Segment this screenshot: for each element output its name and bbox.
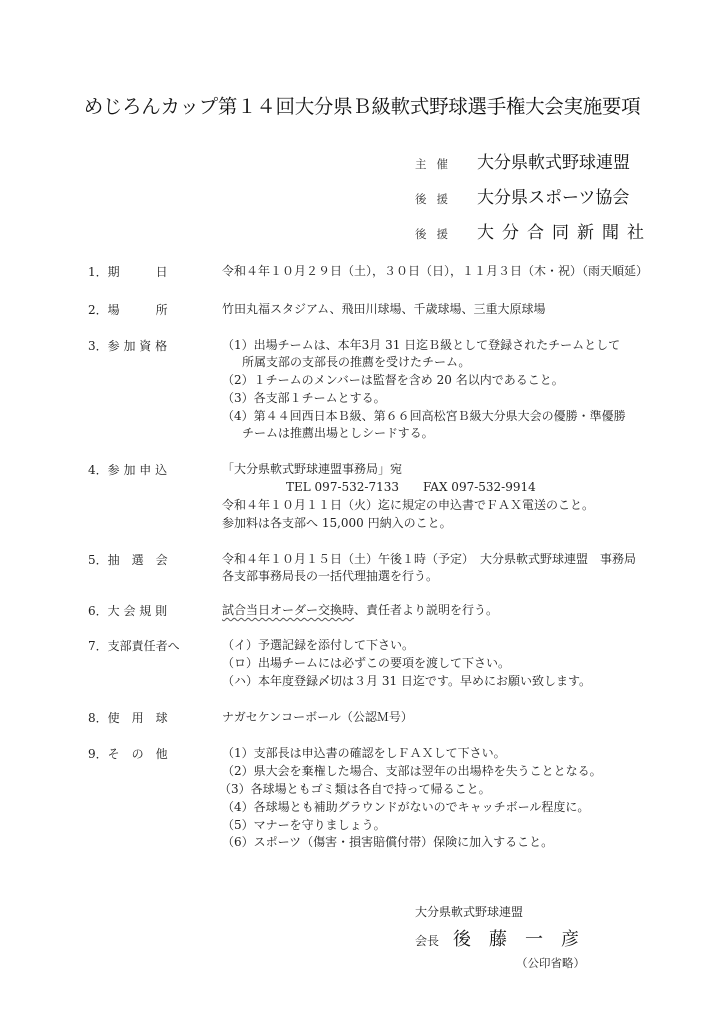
section-line: （ハ）本年度登録〆切は３月 31 日迄です。早めにお願い致します。 (222, 673, 591, 690)
section-label-other: 9．そ の 他 (88, 745, 168, 762)
section-line: 各支部事務局長の一括代理抽選を行う。 (222, 568, 438, 585)
section-line: （ロ）出場チームには必ずこの要項を渡して下さい。 (222, 655, 510, 672)
section-label-branch-notes: 7．支部責任者へ (88, 637, 180, 654)
sponsor-role: 後援 (415, 226, 477, 242)
section-line: 令和４年１０月１１日（火）迄に規定の申込書でＦＡＸ電送のこと。 (222, 497, 594, 514)
section-line: 令和４年１０月２９日（土），３０日（日），１１月３日（木・祝）（雨天順延） (222, 263, 648, 280)
document-page: めじろんカップ第１４回大分県Ｂ級軟式野球選手権大会実施要項 主催 大分県軟式野球… (0, 0, 724, 1024)
section-line: 試合当日オーダー交換時、責任者より説明を行う。 (222, 602, 498, 619)
section-label-dates: 1．期 日 (88, 263, 168, 280)
signature-title: 会長 (415, 932, 439, 949)
contact-phone-fax: TEL 097-532-7133 FAX 097-532-9914 (286, 479, 536, 496)
section-text: 、責任者より説明を行う。 (354, 603, 498, 617)
section-label-ball: 8．使 用 球 (88, 709, 168, 726)
section-line: （2）１チームのメンバーは監督を含め 20 名以内であること。 (222, 372, 564, 389)
section-line: （1）出場チームは、本年3月 31 日迄Ｂ級として登録されたチームとして (222, 337, 620, 354)
section-line: （1）支部長は申込書の確認をしＦＡＸして下さい。 (222, 745, 506, 762)
seal-omitted-note: （公印省略） (516, 955, 585, 971)
section-line: （5）マナーを守りましょう。 (222, 817, 386, 834)
signature-president: 会長 後藤一彦 (415, 925, 597, 951)
sponsor-role: 主催 (415, 156, 477, 172)
signature-name: 後藤一彦 (453, 925, 597, 951)
section-line: チームは推薦出場としシードする。 (242, 425, 434, 442)
section-line: （4）第４４回西日本Ｂ級、第６６回高松宮Ｂ級大分県大会の優勝・準優勝 (222, 408, 626, 425)
section-line: （2）県大会を棄権した場合、支部は翌年の出場枠を失うこととなる。 (222, 763, 602, 780)
section-label-application: 4．参 加 申 込 (88, 461, 167, 478)
section-line: 竹田丸福スタジアム、飛田川球場、千歳球場、三重大原球場 (222, 301, 546, 318)
section-line: （3）各支部１チームとする。 (222, 390, 386, 407)
section-label-eligibility: 3．参 加 資 格 (88, 337, 167, 354)
document-title: めじろんカップ第１４回大分県Ｂ級軟式野球選手権大会実施要項 (0, 91, 724, 119)
sponsor-name: 大分合同新聞社 (477, 218, 652, 243)
section-line: （6）スポーツ（傷害・損害賠償付帯）保険に加入すること。 (222, 834, 553, 851)
section-line: 参加料は各支部へ 15,000 円納入のこと。 (222, 515, 452, 532)
sponsor-name: 大分県軟式野球連盟 (477, 148, 630, 173)
section-line: （4）各球場とも補助グラウンドがないのでキャッチボール程度に。 (222, 799, 589, 816)
underlined-text: 試合当日オーダー交換時 (222, 603, 354, 617)
section-line: 「大分県軟式野球連盟事務局」宛 (222, 461, 402, 478)
section-line: （3）各球場ともゴミ類は各自で持って帰ること。 (219, 781, 491, 798)
sponsor-role: 後援 (415, 191, 477, 207)
section-line: 所属支部の支部長の推薦を受けたチーム。 (242, 354, 470, 371)
sponsor-supporter-1: 後援 大分県スポーツ協会 (415, 183, 629, 207)
section-line: 令和４年１０月１５日（土）午後１時（予定） 大分県軟式野球連盟 事務局 (222, 551, 636, 568)
signature-organization: 大分県軟式野球連盟 (415, 903, 523, 920)
sponsor-organizer: 主催 大分県軟式野球連盟 (415, 148, 630, 172)
sponsor-name: 大分県スポーツ協会 (477, 183, 629, 208)
section-label-venues: 2．場 所 (88, 301, 168, 318)
section-line: ナガセケンコーボール（公認Ｍ号） (222, 709, 413, 726)
sponsor-supporter-2: 後援 大分合同新聞社 (415, 218, 652, 242)
section-label-rules: 6．大 会 規 則 (88, 602, 167, 619)
section-label-lottery: 5．抽 選 会 (88, 551, 168, 568)
section-line: （イ）予選記録を添付して下さい。 (222, 637, 414, 654)
